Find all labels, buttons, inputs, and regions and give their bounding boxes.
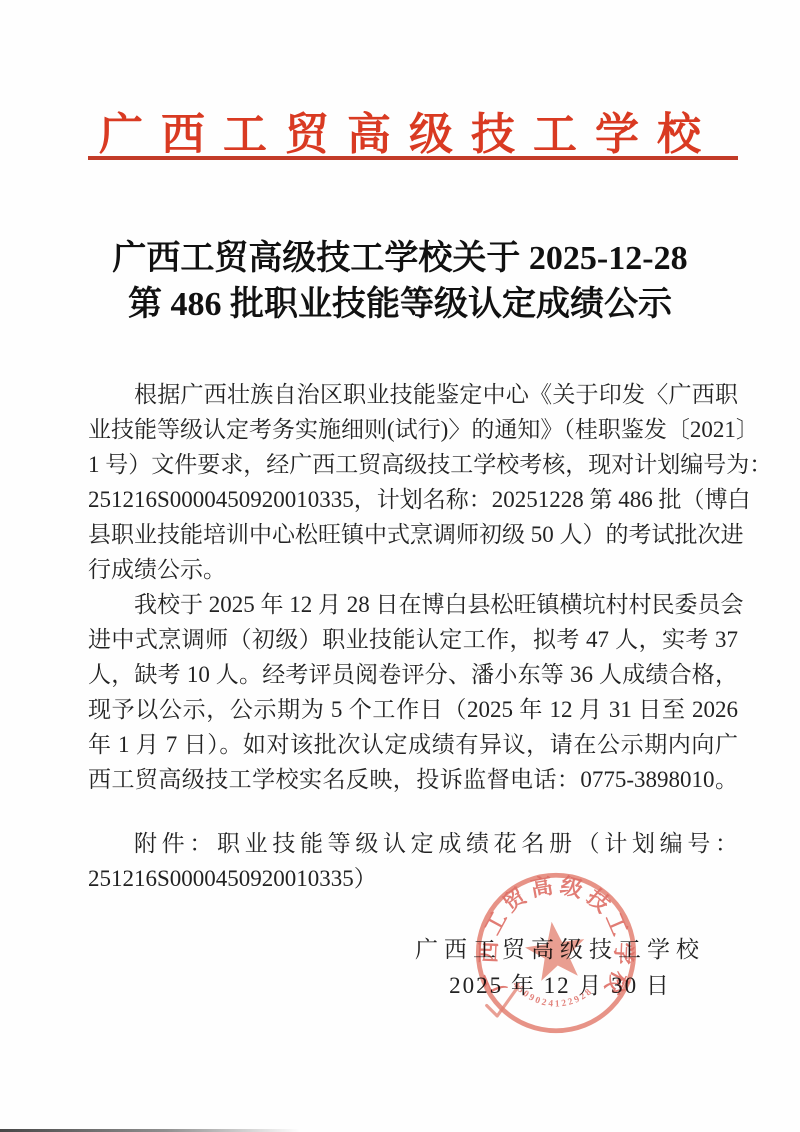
document-title: 广西工贸高级技工学校关于 2025-12-28 第 486 批职业技能等级认定成… — [60, 236, 740, 328]
paragraph1-line: 251216S0000450920010335，计划名称：20251228 第 … — [88, 482, 738, 517]
paragraph2-line: 年 1 月 7 日）。如对该批次认定成绩有异议，请在公示期内向广 — [88, 727, 738, 762]
school-masthead: 广西工贸高级技工学校 — [0, 98, 800, 162]
paragraph2-line: 进中式烹调师（初级）职业技能认定工作，拟考 47 人，实考 37 — [88, 622, 738, 657]
document-page: 广西工贸高级技工学校 广西工贸高级技工学校关于 2025-12-28 第 486… — [0, 0, 800, 1132]
paragraph1-line: 业技能等级认定考务实施细则(试行)〉的通知》（桂职鉴发〔2021〕 — [88, 412, 738, 447]
paragraph1-line: 根据广西壮族自治区职业技能鉴定中心《关于印发〈广西职 — [88, 377, 738, 412]
paragraph1-line: 1 号）文件要求，经广西工贸高级技工学校考核，现对计划编号为： — [88, 447, 738, 482]
paragraph2-line: 西工贸高级技工学校实名反映，投诉监督电话：0775-3898010。 — [88, 762, 738, 797]
document-body: 根据广西壮族自治区职业技能鉴定中心《关于印发〈广西职 业技能等级认定考务实施细则… — [88, 377, 738, 797]
attachment-note: 附件：职业技能等级认定成绩花名册（计划编号： 251216S0000450920… — [88, 826, 738, 896]
seal-star-icon — [522, 918, 589, 983]
paragraph1-line: 县职业技能培训中心松旺镇中式烹调师初级 50 人）的考试批次进 — [88, 517, 738, 552]
masthead-rule — [88, 156, 738, 160]
document-title-line2: 第 486 批职业技能等级认定成绩公示 — [60, 282, 740, 328]
seal-code-text: 4509024122928 — [510, 980, 595, 1010]
paragraph2-line: 人，缺考 10 人。经考评员阅卷评分、潘小东等 36 人成绩合格， — [88, 657, 738, 692]
document-title-line1: 广西工贸高级技工学校关于 2025-12-28 — [60, 236, 740, 282]
paragraph1-line: 行成绩公示。 — [88, 552, 738, 587]
attachment-line: 附件：职业技能等级认定成绩花名册（计划编号： — [88, 826, 738, 861]
paragraph2-line: 我校于 2025 年 12 月 28 日在博白县松旺镇横坑村村民委员会 — [88, 587, 738, 622]
paragraph2-line: 现予以公示，公示期为 5 个工作日（2025 年 12 月 31 日至 2026 — [88, 692, 738, 727]
attachment-line: 251216S0000450920010335） — [88, 861, 738, 896]
official-seal: 广西工贸高级技工学校 4509024122928 — [472, 869, 640, 1037]
